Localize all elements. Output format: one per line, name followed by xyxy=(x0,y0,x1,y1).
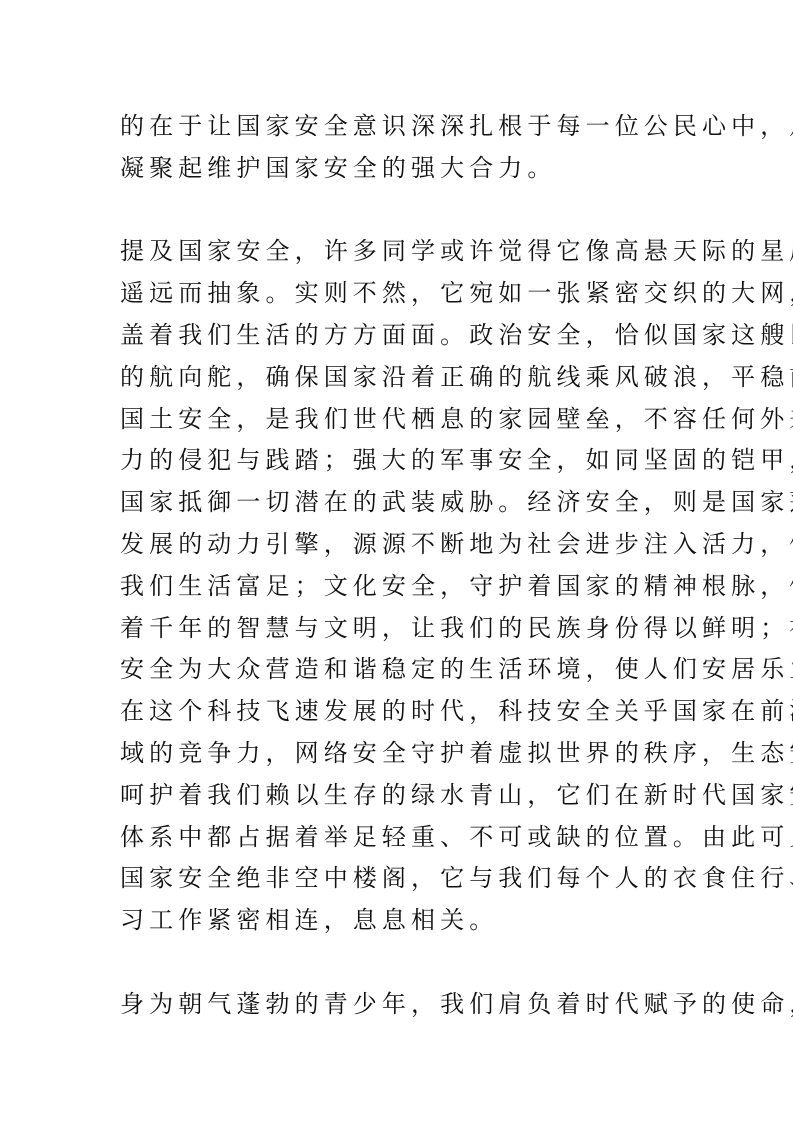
text-line: 国家抵御一切潜在的武装威胁。经济安全，则是国家蓬勃 xyxy=(120,482,680,524)
text-line: 的在于让国家安全意识深深扎根于每一位公民心中，从而 xyxy=(120,106,680,148)
text-line: 着千年的智慧与文明，让我们的民族身份得以鲜明；社会 xyxy=(120,608,680,650)
text-line: 域的竞争力，网络安全守护着虚拟世界的秩序，生态安全 xyxy=(120,733,680,775)
text-line: 呵护着我们赖以生存的绿水青山，它们在新时代国家安全 xyxy=(120,775,680,817)
text-line: 习工作紧密相连，息息相关。 xyxy=(120,900,680,942)
text-line: 体系中都占据着举足轻重、不可或缺的位置。由此可见， xyxy=(120,817,680,859)
text-line: 身为朝气蓬勃的青少年，我们肩负着时代赋予的使命，应 xyxy=(120,984,680,1026)
text-line: 遥远而抽象。实则不然，它宛如一张紧密交织的大网，覆 xyxy=(120,273,680,315)
text-line: 提及国家安全，许多同学或许觉得它像高悬天际的星辰， xyxy=(120,231,680,273)
text-line: 力的侵犯与践踏；强大的军事安全，如同坚固的铠甲，为 xyxy=(120,440,680,482)
paragraph-2: 提及国家安全，许多同学或许觉得它像高悬天际的星辰， 遥远而抽象。实则不然，它宛如… xyxy=(120,231,680,942)
document-body: 的在于让国家安全意识深深扎根于每一位公民心中，从而 凝聚起维护国家安全的强大合力… xyxy=(120,106,680,1067)
document-page: 的在于让国家安全意识深深扎根于每一位公民心中，从而 凝聚起维护国家安全的强大合力… xyxy=(0,0,793,1122)
paragraph-3: 身为朝气蓬勃的青少年，我们肩负着时代赋予的使命，应 xyxy=(120,984,680,1026)
text-line: 发展的动力引擎，源源不断地为社会进步注入活力，保障 xyxy=(120,524,680,566)
text-line: 国家安全绝非空中楼阁，它与我们每个人的衣食住行、学 xyxy=(120,858,680,900)
text-line: 盖着我们生活的方方面面。政治安全，恰似国家这艘巨轮 xyxy=(120,315,680,357)
paragraph-1: 的在于让国家安全意识深深扎根于每一位公民心中，从而 凝聚起维护国家安全的强大合力… xyxy=(120,106,680,190)
text-line: 在这个科技飞速发展的时代，科技安全关乎国家在前沿领 xyxy=(120,691,680,733)
text-line: 凝聚起维护国家安全的强大合力。 xyxy=(120,148,680,190)
text-line: 我们生活富足；文化安全，守护着国家的精神根脉，传承 xyxy=(120,566,680,608)
text-line: 的航向舵，确保国家沿着正确的航线乘风破浪，平稳前行 xyxy=(120,357,680,399)
text-line: 安全为大众营造和谐稳定的生活环境，使人们安居乐业。 xyxy=(120,649,680,691)
text-line: 国土安全，是我们世代栖息的家园壁垒，不容任何外来势 xyxy=(120,399,680,441)
